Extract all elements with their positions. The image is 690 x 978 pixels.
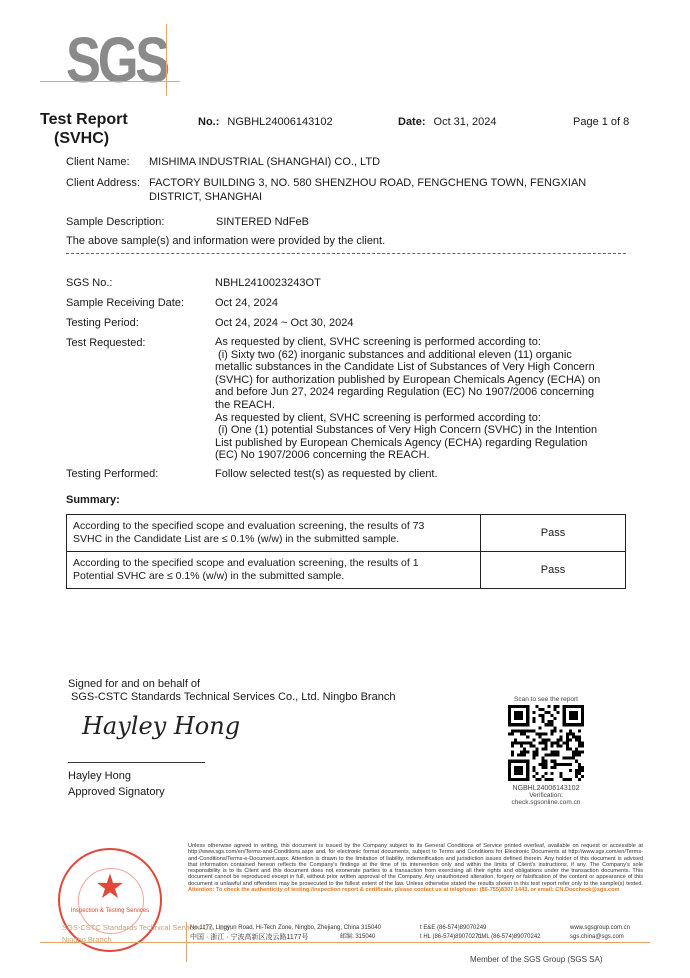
report-title-line2: (SVHC) — [40, 129, 128, 148]
signatory: Hayley Hong Approved Signatory — [68, 768, 165, 800]
summary-row: According to the specified scope and eva… — [67, 552, 626, 589]
test-requested-line: (EC) No 1907/2006 concerning the REACH. — [215, 449, 635, 462]
phone-ee: t E&E (86-574)89070249 — [420, 924, 486, 933]
summary-row: According to the specified scope and eva… — [67, 515, 626, 552]
report-title-line1: Test Report — [40, 111, 128, 128]
test-requested-line: (i) Sixty two (62) inorganic substances … — [215, 349, 635, 362]
summary-text-line: According to the specified scope and eva… — [73, 520, 474, 533]
qr-report-code: NGBHL24006143102 — [500, 785, 592, 792]
testing-performed-label: Testing Performed: — [66, 467, 158, 482]
report-title: Test Report (SVHC) — [40, 110, 128, 148]
seal-text: Inspection & Testing Services — [60, 908, 160, 914]
qr-verify-label: Verification: — [500, 792, 592, 799]
summary-result: Pass — [481, 515, 626, 552]
sample-description-value: SINTERED NdFeB — [216, 215, 309, 230]
email-link[interactable]: sgs.china@sgs.com — [570, 933, 630, 942]
summary-text-line: SVHC in the Candidate List are ≤ 0.1% (w… — [73, 533, 474, 546]
postcode-block: 邮编: 315040 — [340, 924, 375, 942]
summary-text-line: Potential SVHC are ≤ 0.1% (w/w) in the s… — [73, 570, 474, 583]
dashed-separator — [66, 253, 626, 254]
legal-disclaimer: Unless otherwise agreed in writing, this… — [188, 843, 643, 893]
qr-verification: Scan to see the report NGBHL24006143102 … — [500, 696, 592, 806]
handwritten-signature: Hayley Hong — [82, 712, 240, 740]
phone-block: t E&E (86-574)89070249 t HL (86-574)8907… — [420, 924, 486, 942]
sgs-no-label: SGS No.: — [66, 276, 112, 291]
footer-divider-horizontal — [40, 942, 650, 943]
receiving-date-label: Sample Receiving Date: — [66, 296, 184, 311]
phone-ml: t ML (86-574)89070242 — [478, 933, 541, 942]
page-indicator: Page 1 of 8 — [573, 116, 629, 128]
logo-divider-horizontal — [40, 81, 180, 82]
report-number: No.:NGBHL24006143102 — [198, 116, 333, 128]
contact-block: www.sgsgroup.com.cn sgs.china@sgs.com — [570, 924, 630, 942]
report-date-label: Date: — [398, 116, 426, 128]
summary-table: According to the specified scope and eva… — [66, 514, 626, 589]
summary-result: Pass — [481, 552, 626, 589]
receiving-date-value: Oct 24, 2024 — [215, 296, 635, 311]
signatory-name: Hayley Hong — [68, 768, 165, 784]
member-statement: Member of the SGS Group (SGS SA) — [470, 955, 603, 964]
test-requested-line: the REACH. — [215, 399, 635, 412]
summary-text-line: According to the specified scope and eva… — [73, 557, 474, 570]
summary-text: According to the specified scope and eva… — [67, 515, 481, 552]
phone-hl: t HL (86-574)89070271 — [420, 933, 486, 942]
test-requested-line: metallic substances in the Candidate Lis… — [215, 361, 635, 374]
signature-line — [68, 762, 205, 763]
qr-caption: Scan to see the report — [500, 696, 592, 703]
report-number-value: NGBHL24006143102 — [227, 116, 332, 128]
test-requested-line: (SVHC) for authorization published by Eu… — [215, 374, 635, 387]
testing-performed-value: Follow selected test(s) as requested by … — [215, 467, 635, 482]
client-address-line1: FACTORY BUILDING 3, NO. 580 SHENZHOU ROA… — [149, 176, 586, 191]
report-date-value: Oct 31, 2024 — [434, 116, 497, 128]
test-requested-line: As requested by client, SVHC screening i… — [215, 336, 635, 349]
sgs-logo: SGS — [40, 22, 140, 84]
summary-text: According to the specified scope and eva… — [67, 552, 481, 589]
signatory-role: Approved Signatory — [68, 784, 165, 800]
client-address-line2: DISTRICT, SHANGHAI — [149, 190, 262, 205]
sgs-logo-text: SGS — [66, 28, 167, 92]
test-requested-value: As requested by client, SVHC screening i… — [215, 336, 635, 462]
signed-on-behalf-label: Signed for and on behalf of — [68, 678, 395, 691]
postcode-chinese: 邮编: 315040 — [340, 933, 375, 942]
test-requested-line: As requested by client, SVHC screening i… — [215, 412, 635, 425]
test-requested-line: and before Jun 27, 2024 regarding Regula… — [215, 386, 635, 399]
phone-ml-block: t ML (86-574)89070242 — [478, 924, 541, 942]
star-icon: ★ — [60, 870, 160, 904]
report-date: Date:Oct 31, 2024 — [398, 116, 497, 128]
summary-title: Summary: — [66, 494, 120, 506]
testing-period-value: Oct 24, 2024 ~ Oct 30, 2024 — [215, 316, 635, 331]
website-link[interactable]: www.sgsgroup.com.cn — [570, 924, 630, 933]
test-requested-line: List published by European Chemicals Age… — [215, 437, 635, 450]
disclaimer-text: Unless otherwise agreed in writing, this… — [188, 843, 643, 887]
sample-description-label: Sample Description: — [66, 215, 164, 230]
client-address-label: Client Address: — [66, 176, 140, 191]
test-requested-label: Test Requested: — [66, 336, 146, 351]
authenticity-notice: Attention: To check the authenticity of … — [188, 887, 620, 893]
qr-code-icon[interactable] — [508, 705, 584, 781]
qr-verify-site[interactable]: check.sgsonline.com.cn — [500, 799, 592, 806]
logo-divider-vertical — [166, 24, 167, 96]
testing-period-label: Testing Period: — [66, 316, 139, 331]
sgs-no-value: NBHL2410023243OT — [215, 276, 635, 291]
report-number-label: No.: — [198, 116, 219, 128]
client-name-label: Client Name: — [66, 155, 130, 170]
test-requested-line: (i) One (1) potential Substances of Very… — [215, 424, 635, 437]
sample-note: The above sample(s) and information were… — [66, 234, 385, 249]
signed-on-behalf: Signed for and on behalf of SGS-CSTC Sta… — [68, 678, 395, 704]
client-name-value: MISHIMA INDUSTRIAL (SHANGHAI) CO., LTD — [149, 155, 380, 170]
signing-company: SGS-CSTC Standards Technical Services Co… — [68, 691, 395, 704]
